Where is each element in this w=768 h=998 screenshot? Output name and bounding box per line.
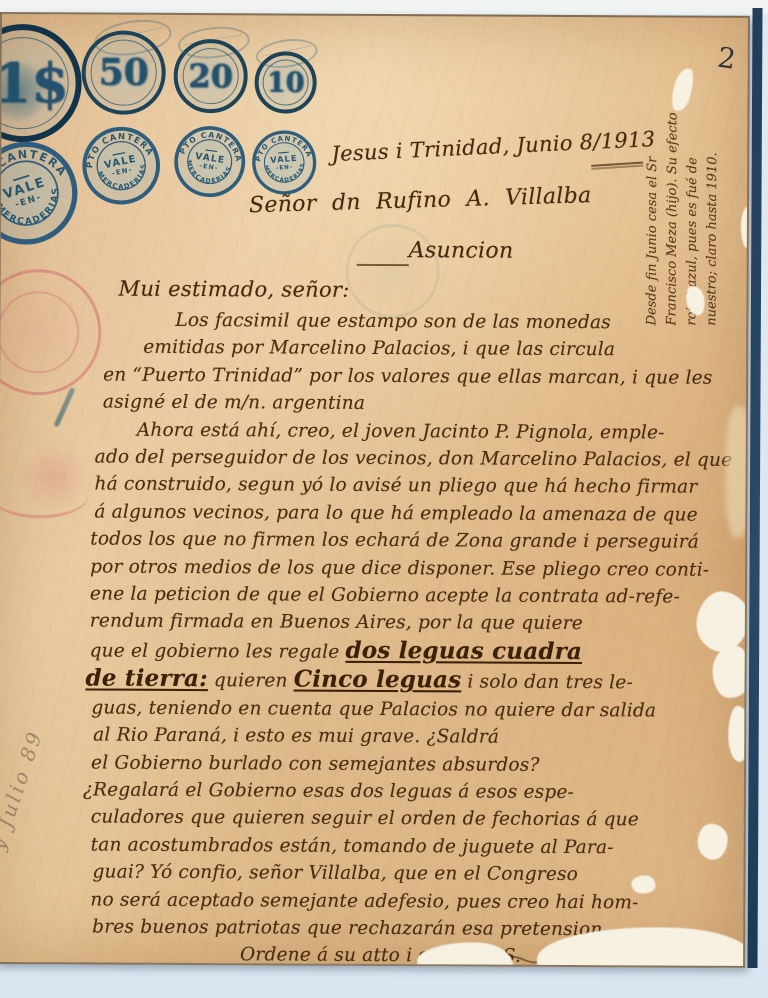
stamp-one-peso: 1$: [0, 24, 82, 143]
letter-line: á algunos vecinos, para lo que há emplea…: [94, 498, 750, 529]
letter-line: al Rio Paraná, i esto es mui grave. ¿Sal…: [93, 722, 750, 753]
letter-line: asigné el de m/n. argentina: [103, 389, 750, 420]
letter-line: há construido, segun yó lo avisé un plie…: [94, 471, 750, 502]
red-ink-arc: [0, 469, 90, 519]
emphasis-de-tierra: de tierra:: [85, 665, 207, 693]
letter-line: guas, teniendo en cuenta que Palacios no…: [91, 694, 750, 725]
letter-salutation: Mui estimado, señor:: [118, 277, 349, 302]
letter-line-text: quieren: [208, 670, 294, 691]
merchant-stamp: PTO CANTERA VALE -EN- MERCADERIAS: [74, 118, 169, 213]
letter-line: tan acostumbrados están, tomando de jugu…: [91, 831, 750, 862]
damage-patch: [728, 706, 750, 762]
letter-line: ene la peticion de que el Gobierno acept…: [90, 581, 750, 612]
dateline-underline: [591, 162, 643, 167]
damage-patch: [725, 406, 750, 538]
letter-line: culadores que quieren seguir el orden de…: [91, 804, 750, 835]
scanned-letter-page: 1$ 50 20 10 PTO CANTERA VALE -EN- MERCAD…: [0, 0, 768, 998]
emphasis-cinco-leguas: Cinco leguas: [294, 666, 462, 694]
merchant-stamp: PTO CANTERA VALE -EN- MERCADERIAS: [249, 127, 320, 198]
margin-note-line: Desde fin Junio cesa el Sr: [642, 35, 664, 325]
emphasis-dos-leguas: dos leguas cuadra: [345, 637, 582, 665]
letter-line-emphasis: de tierra: quieren Cinco leguas i solo d…: [85, 665, 750, 698]
stamp-ten-value: 10: [267, 67, 305, 98]
letter-line: en “Puerto Trinidad” por los valores que…: [103, 361, 750, 392]
stamp-twenty-value: 20: [188, 57, 233, 95]
margin-note-line: nuestro; claro hasta 1910.: [702, 36, 724, 326]
letter-line: por otros medios de los que dice dispone…: [90, 553, 750, 584]
stamp-fifty-value: 50: [99, 52, 149, 94]
letter-line-text: i solo dan tres le-: [461, 672, 633, 694]
scanner-edge-strip: [747, 8, 762, 968]
letter-line-text: que el gobierno les regale: [90, 640, 346, 662]
damage-patch: [712, 646, 750, 698]
merchant-stamp: PTO CANTERA VALE -EN- MERCADERIAS: [168, 120, 251, 203]
letter-line: Ahora está ahí, creo, el joven Jacinto P…: [137, 416, 750, 447]
letter-city: Asuncion: [409, 238, 514, 264]
city-dash: [357, 264, 409, 266]
letter-line: el Gobierno burlado con semejantes absur…: [91, 749, 750, 780]
letter-line: emitidas por Marcelino Palacios, i que l…: [143, 334, 750, 365]
letter-line-emphasis: que el gobierno les regale dos leguas cu…: [90, 635, 750, 668]
letter-body: Los facsimil que estampo son de las mone…: [82, 306, 750, 967]
margin-note-left: rec y Julio 89: [0, 647, 74, 901]
letter-line: rendum firmada en Buenos Aires, por la q…: [90, 608, 750, 639]
blue-ink-mark: [54, 387, 76, 427]
letter-dateline: Jesus i Trinidad, Junio 8/1913: [331, 127, 656, 166]
letter-line: Los facsimil que estampo son de las mone…: [175, 307, 750, 337]
paper-sheet: 1$ 50 20 10 PTO CANTERA VALE -EN- MERCAD…: [0, 12, 750, 968]
damage-patch: [741, 206, 750, 248]
letter-line: ¿Regalará el Gobierno esas dos leguas á …: [83, 776, 750, 807]
letter-line: todos los que no firmen los echará de Zo…: [90, 526, 750, 557]
damage-patch: [631, 875, 655, 893]
letter-line: ado del perseguidor de los vecinos, don …: [95, 444, 750, 475]
stamp-one-peso-value: 1$: [0, 51, 69, 115]
